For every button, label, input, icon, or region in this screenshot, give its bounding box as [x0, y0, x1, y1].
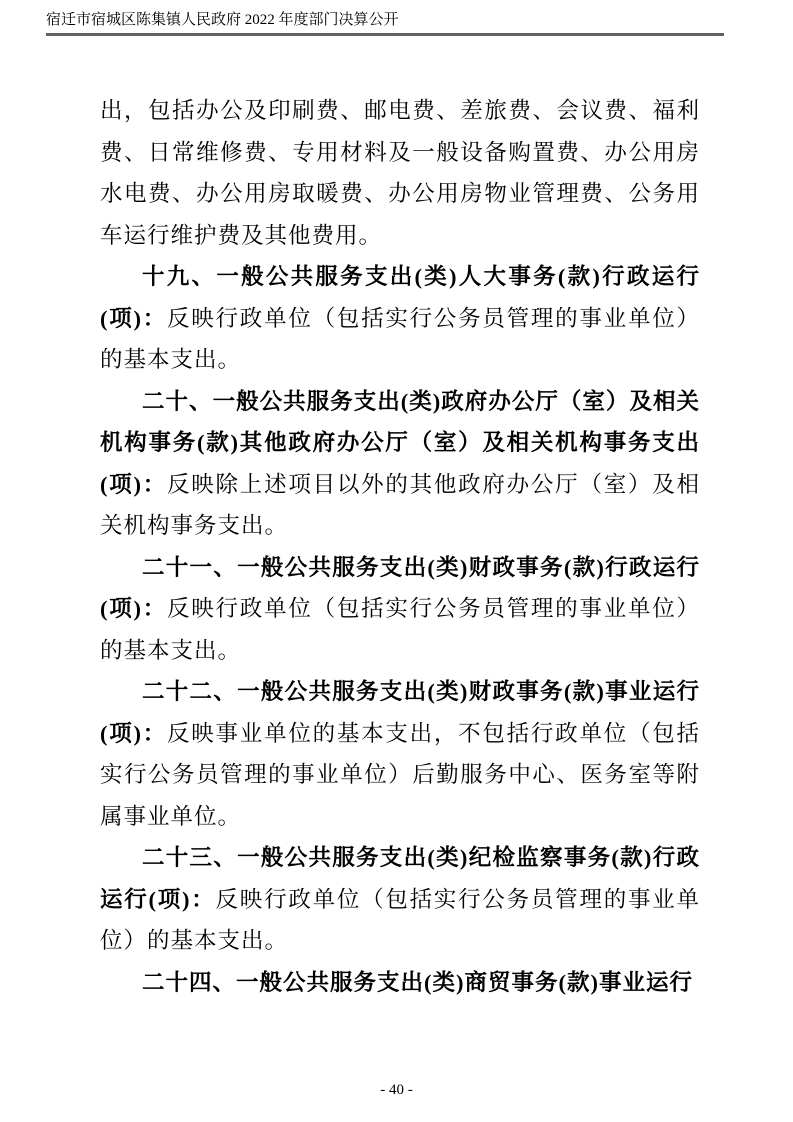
paragraph-item-24: 二十四、一般公共服务支出(类)商贸事务(款)事业运行: [100, 962, 700, 1004]
paragraph-item-23: 二十三、一般公共服务支出(类)纪检监察事务(款)行政运行(项)：反映行政单位（包…: [100, 837, 700, 962]
paragraph-text: 反映行政单位（包括实行公务员管理的事业单位）的基本支出。: [100, 596, 700, 663]
paragraph-item-21: 二十一、一般公共服务支出(类)财政事务(款)行政运行(项)：反映行政单位（包括实…: [100, 547, 700, 672]
paragraph-text: 出，包括办公及印刷费、邮电费、差旅费、会议费、福利费、日常维修费、专用材料及一般…: [100, 98, 700, 248]
paragraph-text: 反映事业单位的基本支出，不包括行政单位（包括实行公务员管理的事业单位）后勤服务中…: [100, 721, 700, 829]
paragraph-lead: 二十四、一般公共服务支出(类)商贸事务(款)事业运行: [142, 970, 693, 995]
header-title: 宿迁市宿城区陈集镇人民政府 2022 年度部门决算公开: [46, 12, 399, 28]
paragraph-text: 反映行政单位（包括实行公务员管理的事业单位）的基本支出。: [100, 306, 700, 373]
page-header: 宿迁市宿城区陈集镇人民政府 2022 年度部门决算公开: [46, 11, 724, 36]
paragraph-item-19: 十九、一般公共服务支出(类)人大事务(款)行政运行(项)：反映行政单位（包括实行…: [100, 256, 700, 381]
paragraph-item-22: 二十二、一般公共服务支出(类)财政事务(款)事业运行(项)：反映事业单位的基本支…: [100, 671, 700, 837]
document-body: 出，包括办公及印刷费、邮电费、差旅费、会议费、福利费、日常维修费、专用材料及一般…: [100, 90, 700, 1003]
page-number: - 40 -: [380, 1082, 413, 1098]
document-page: 宿迁市宿城区陈集镇人民政府 2022 年度部门决算公开 出，包括办公及印刷费、邮…: [0, 0, 793, 1122]
paragraph-text: 反映除上述项目以外的其他政府办公厅（室）及相关机构事务支出。: [100, 472, 700, 539]
paragraph-item-20: 二十、一般公共服务支出(类)政府办公厅（室）及相关机构事务(款)其他政府办公厅（…: [100, 381, 700, 547]
paragraph-expense-detail: 出，包括办公及印刷费、邮电费、差旅费、会议费、福利费、日常维修费、专用材料及一般…: [100, 90, 700, 256]
page-footer: - 40 -: [0, 1080, 793, 1100]
